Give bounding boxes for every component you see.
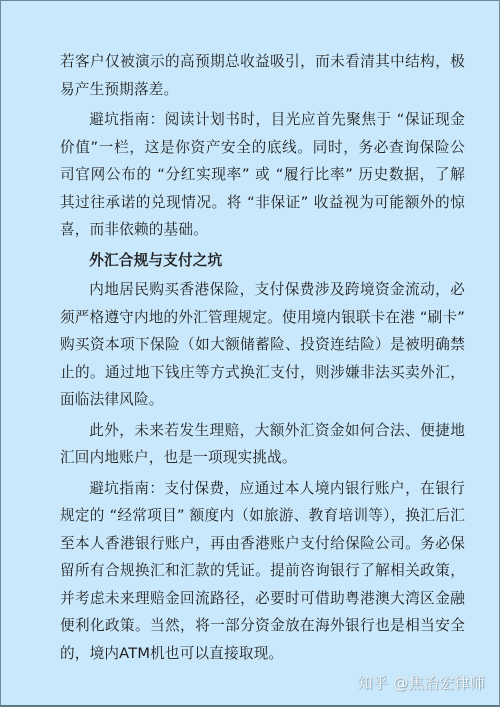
document-page: 若客户仅被演示的高预期总收益吸引，而未看清其中结构，极易产生预期落差。 避坑指南… [0,0,500,707]
section-heading-forex: 外汇合规与支付之坑 [60,247,465,275]
paragraph-expectation-gap: 若客户仅被演示的高预期总收益吸引，而未看清其中结构，极易产生预期落差。 [60,48,465,103]
document-body: 若客户仅被演示的高预期总收益吸引，而未看清其中结构，极易产生预期落差。 避坑指南… [60,48,465,670]
paragraph-claims-remittance: 此外，未来若发生理赔，大额外汇资金如何合法、便捷地汇回内地账户，也是一项现实挑战… [60,417,465,472]
zhihu-watermark: 知乎 @焦冶宏律师 [358,672,485,693]
paragraph-forex-rules: 内地居民购买香港保险，支付保费涉及跨境资金流动，必须严格遵守内地的外汇管理规定。… [60,276,465,414]
paragraph-guide-cash-value: 避坑指南：阅读计划书时，目光应首先聚焦于 “保证现金价值”一栏，这是你资产安全的… [60,106,465,244]
paragraph-guide-payment: 避坑指南：支付保费，应通过本人境内银行账户，在银行规定的 “经常项目” 额度内（… [60,475,465,668]
